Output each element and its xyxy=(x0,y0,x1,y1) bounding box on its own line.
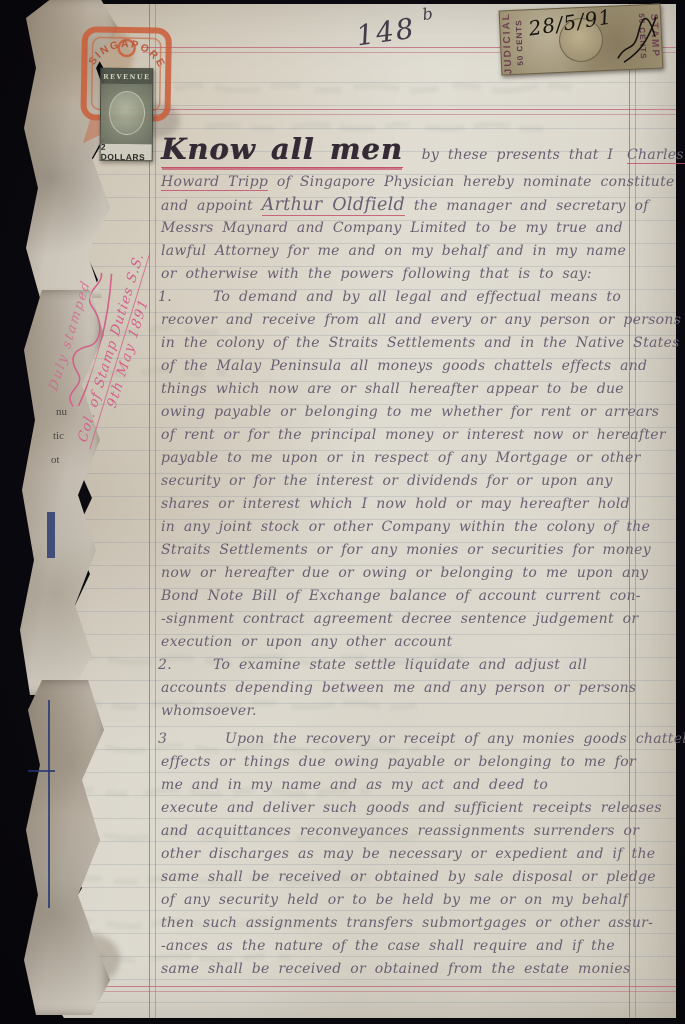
handwritten-line: same shall be received or obtained from … xyxy=(161,958,653,981)
handwritten-line: -ances as the nature of the case shall r… xyxy=(161,935,653,958)
handwritten-line: Upon the recovery or receipt of any moni… xyxy=(161,728,653,751)
handwritten-line: execute and deliver such goods and suffi… xyxy=(161,797,653,820)
binding-mark xyxy=(28,770,55,772)
deed-heading: Know all men xyxy=(161,132,403,168)
deed-opening-line: Know all men by these presents that I Ch… xyxy=(161,134,653,168)
clause-number: 3 xyxy=(158,728,167,751)
deed-opening-line: Howard Tripp of Singapore Physician here… xyxy=(161,171,653,194)
revenue-stamp-title: REVENUE xyxy=(101,69,152,84)
handwritten-line: Bond Note Bill of Exchange balance of ac… xyxy=(161,585,653,608)
handwritten-line: payable to me upon or in respect of any … xyxy=(161,447,653,470)
opening-text: by these presents that I xyxy=(422,147,614,163)
deed-opening-line: or otherwise with the powers following t… xyxy=(161,263,653,286)
handwritten-line: in any joint stock or other Company with… xyxy=(161,516,653,539)
coat-of-arms-medallion xyxy=(109,91,145,135)
clause-3: 3 Upon the recovery or receipt of any mo… xyxy=(161,728,653,981)
handwritten-line: me and in my name and as my act and deed… xyxy=(161,774,653,797)
attorney-name: Arthur Oldfield xyxy=(262,195,405,216)
handwritten-line: -signment contract agreement decree sent… xyxy=(161,608,653,631)
deed-opening-line: lawful Attorney for me and on my behalf … xyxy=(161,240,653,263)
handwritten-line: other discharges as may be necessary or … xyxy=(161,843,653,866)
handwritten-line: security or for the interest or dividend… xyxy=(161,470,653,493)
svg-text:SINGAPORE: SINGAPORE xyxy=(86,37,168,70)
deed-opening-line: and appoint Arthur Oldfield the manager … xyxy=(161,194,653,217)
handwritten-line: shares or interest which I now hold or m… xyxy=(161,493,653,516)
binding-mark xyxy=(47,512,55,558)
bottom-border-rule-inner xyxy=(24,991,676,992)
handwritten-line: owing payable or belonging to me whether… xyxy=(161,401,653,424)
handwritten-line: then such assignments transfers submortg… xyxy=(161,912,653,935)
handwritten-line: execution or upon any other account xyxy=(161,631,653,654)
handwritten-line: in the colony of the Straits Settlements… xyxy=(161,332,653,355)
handwritten-line: Straits Settlements or for any monies or… xyxy=(161,539,653,562)
bottom-border-rule xyxy=(24,986,676,987)
handwritten-line: effects or things due owing payable or b… xyxy=(161,751,653,774)
binding-mark xyxy=(48,700,50,908)
opening-text: and appoint xyxy=(161,198,253,214)
cancellation-flourish xyxy=(612,13,660,65)
judicial-stamp: JUDICIAL 50 CENTS 50 CENTS STAMP 28/5/91 xyxy=(499,3,664,75)
handwritten-line: things which now are or shall hereafter … xyxy=(161,378,653,401)
handwritten-line: To demand and by all legal and effectual… xyxy=(161,286,653,309)
handwritten-line: To examine state settle liquidate and ad… xyxy=(161,654,653,677)
folio-suffix: b xyxy=(421,3,436,24)
handwritten-line: of the Malay Peninsula all moneys goods … xyxy=(161,355,653,378)
opening-text: of Singapore Physician hereby nominate c… xyxy=(277,174,675,190)
clause-lines: To demand and by all legal and effectual… xyxy=(161,286,653,654)
deed-opening-line: Messrs Maynard and Company Limited to be… xyxy=(161,217,653,240)
clause-number: 2. xyxy=(158,654,172,677)
principal-name-2: Howard Tripp xyxy=(161,174,268,191)
handwritten-line: same shall be received or obtained by sa… xyxy=(161,866,653,889)
principal-name-1: Charles Llewellyn xyxy=(627,147,685,164)
handwritten-line: now or hereafter due or owing or belongi… xyxy=(161,562,653,585)
scanned-deed-photograph: nu tic ot 148b SINGAPORE DOLLARS REVENUE… xyxy=(0,0,685,1024)
left-margin-line-inner xyxy=(155,4,156,1018)
handwritten-line: and acquittances reconveyances reassignm… xyxy=(161,820,653,843)
handwritten-line: accounts depending between me and any pe… xyxy=(161,677,653,700)
revenue-stamp-vignette xyxy=(101,84,153,144)
handwritten-line: of rent or for the principal money or in… xyxy=(161,424,653,447)
clause-lines: Upon the recovery or receipt of any moni… xyxy=(161,728,653,981)
revenue-stamp: REVENUE 2 DOLLARS xyxy=(100,68,154,161)
handwritten-line: of any security held or to be held by me… xyxy=(161,889,653,912)
clause-2: 2. To examine state settle liquidate and… xyxy=(161,654,653,723)
handwritten-line: recover and receive from all and every o… xyxy=(161,309,653,332)
clause-1: 1. To demand and by all legal and effect… xyxy=(161,286,653,654)
opening-text: the manager and secretary of xyxy=(414,198,649,214)
clause-lines: To examine state settle liquidate and ad… xyxy=(161,654,653,723)
clause-number: 1. xyxy=(158,286,172,309)
handwritten-line: whomsoever. xyxy=(161,700,653,723)
deed-text: Know all men by these presents that I Ch… xyxy=(161,134,653,981)
revenue-stamp-denomination: 2 DOLLARS xyxy=(101,144,152,160)
